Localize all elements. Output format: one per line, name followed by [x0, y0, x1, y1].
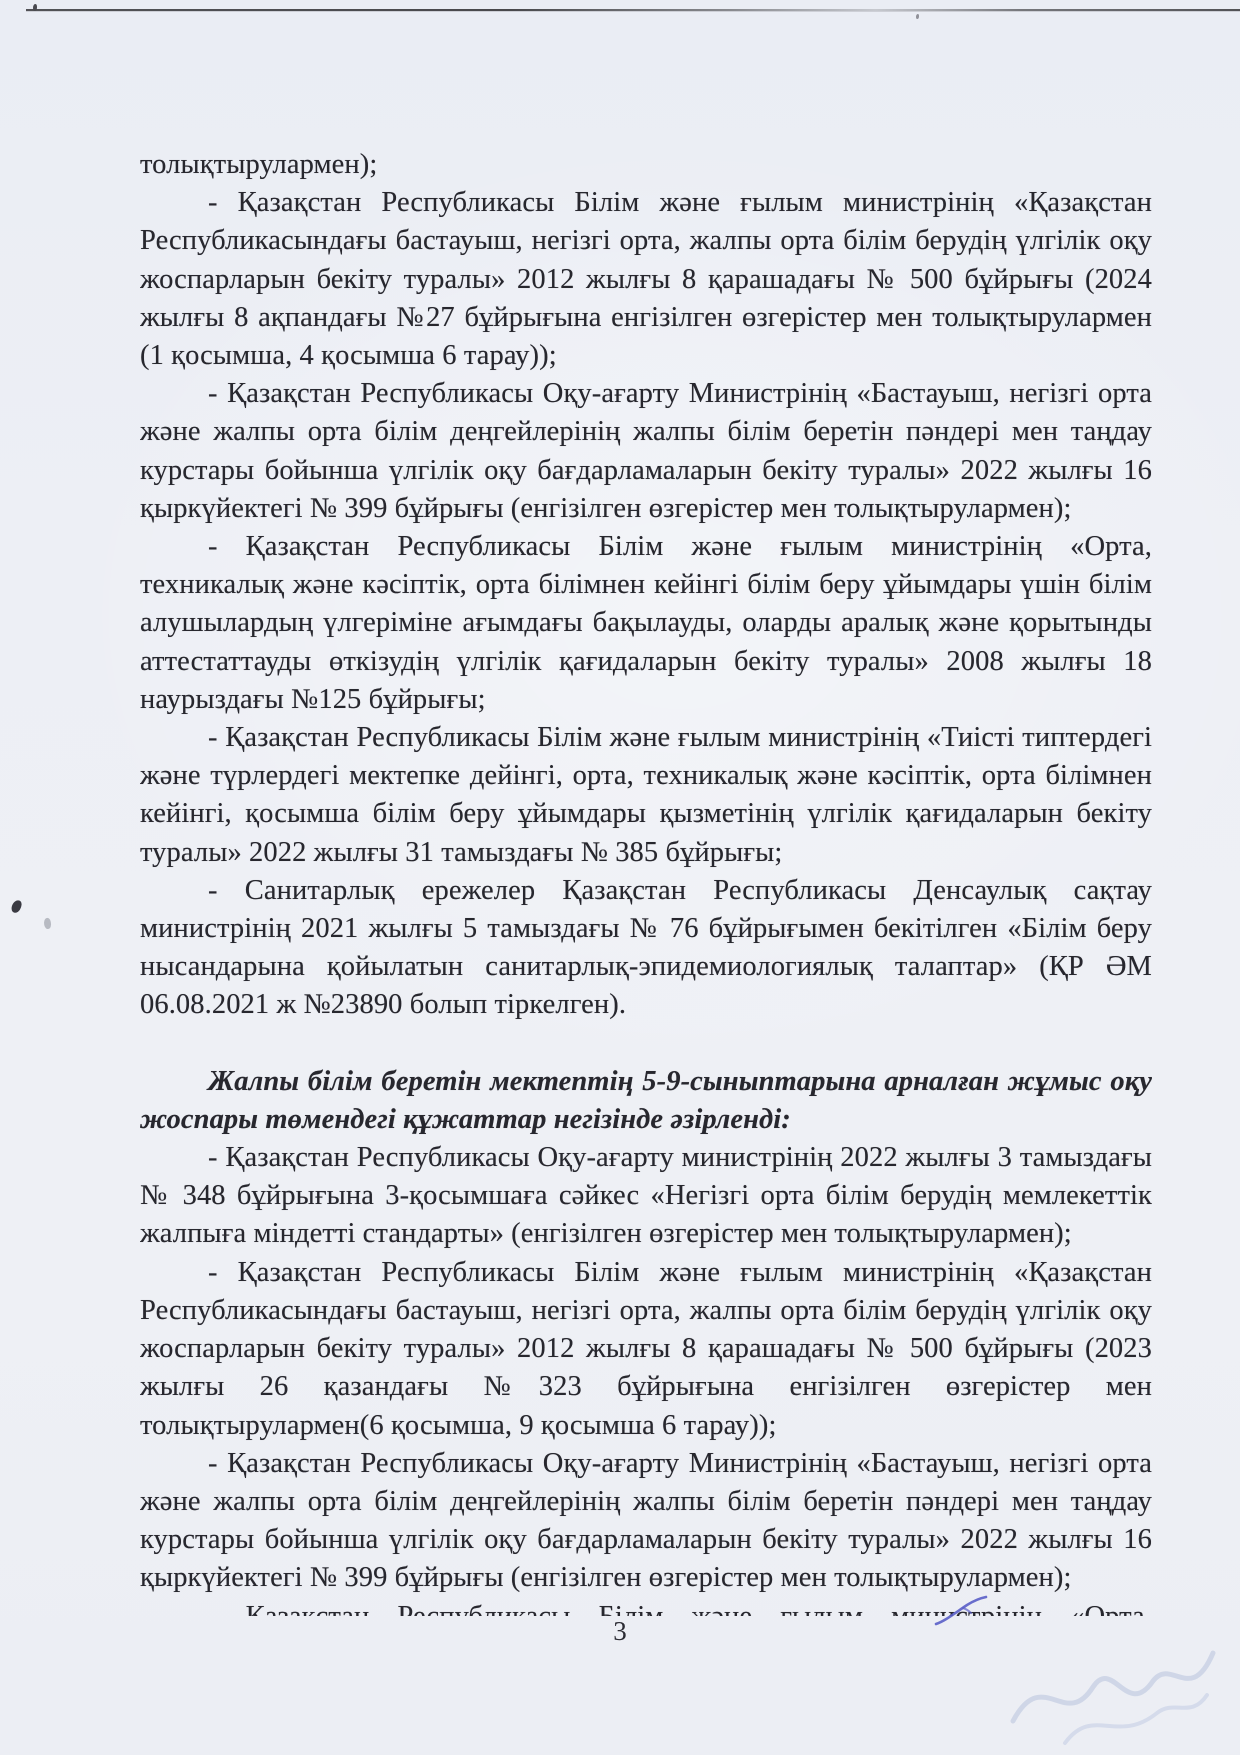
- pen-tick-mark: [933, 1595, 989, 1629]
- paragraph: - Қазақстан Республикасы Оқу-ағарту Мини…: [140, 375, 1152, 528]
- scan-edge-artifact: [26, 9, 1240, 11]
- ink-speck: [10, 899, 23, 914]
- paragraph: - Қазақстан Республикасы Оқу-ағарту мини…: [140, 1139, 1152, 1254]
- ink-speck: [43, 917, 52, 929]
- paragraph: толықтырулармен);: [140, 146, 1152, 184]
- ink-speck: [916, 14, 919, 19]
- scanned-document-page: толықтырулармен); - Қазақстан Республика…: [0, 0, 1240, 1755]
- paragraph: - Қазақстан Республикасы Білім және ғылы…: [140, 1598, 1152, 1616]
- section-heading: Жалпы білім беретін мектептің 5-9-сыныпт…: [140, 1063, 1152, 1139]
- pen-scribble-ghost: [995, 1635, 1225, 1753]
- paragraph: - Қазақстан Республикасы Білім және ғылы…: [140, 1254, 1152, 1445]
- document-body-text: толықтырулармен); - Қазақстан Республика…: [140, 146, 1152, 1616]
- paragraph: - Қазақстан Республикасы Білім және ғылы…: [140, 719, 1152, 872]
- paragraph: - Қазақстан Республикасы Білім және ғылы…: [140, 184, 1152, 375]
- paragraph: - Қазақстан Республикасы Оқу-ағарту Мини…: [140, 1445, 1152, 1598]
- paragraph: - Қазақстан Республикасы Білім және ғылы…: [140, 528, 1152, 719]
- paragraph: - Санитарлық ережелер Қазақстан Республи…: [140, 872, 1152, 1025]
